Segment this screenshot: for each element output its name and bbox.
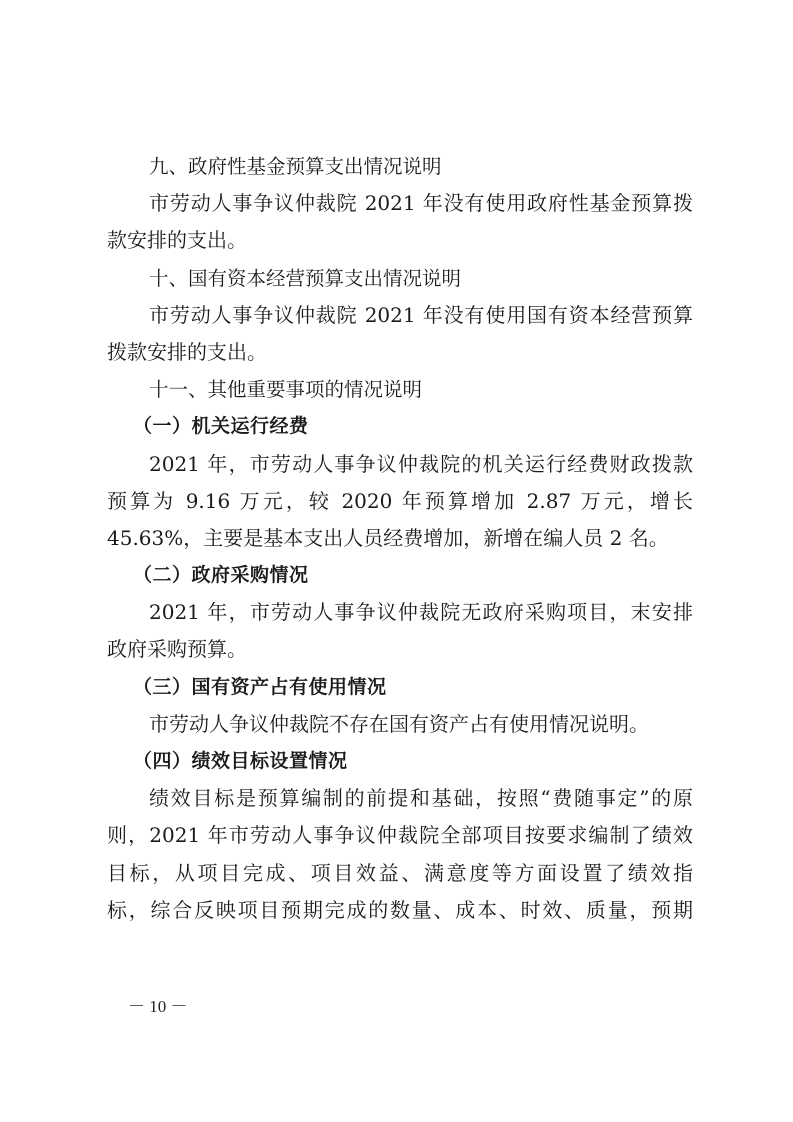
section-heading-10: 十、国有资本经营预算支出情况说明 bbox=[107, 260, 693, 297]
subsection-heading-1: （一）机关运行经费 bbox=[107, 408, 693, 445]
paragraph-line: 目标，从项目完成、项目效益、满意度等方面设置了绩效指 bbox=[107, 855, 693, 892]
paragraph-line: 市劳动人事争议仲裁院 2021 年没有使用国有资本经营预算 bbox=[107, 297, 693, 334]
document-page: 九、政府性基金预算支出情况说明 市劳动人事争议仲裁院 2021 年没有使用政府性… bbox=[107, 148, 693, 929]
subsection-heading-2: （二）政府采购情况 bbox=[107, 557, 693, 594]
page-number: － 10 － bbox=[128, 992, 188, 1017]
paragraph-line: 预算为 9.16 万元，较 2020 年预算增加 2.87 万元，增长 bbox=[107, 483, 693, 520]
paragraph-line: 标，综合反映项目预期完成的数量、成本、时效、质量，预期 bbox=[107, 892, 693, 929]
section-heading-9: 九、政府性基金预算支出情况说明 bbox=[107, 148, 693, 185]
paragraph-line: 市劳动人争议仲裁院不存在国有资产占有使用情况说明。 bbox=[107, 706, 693, 743]
section-heading-11: 十一、其他重要事项的情况说明 bbox=[107, 371, 693, 408]
paragraph-line: 绩效目标是预算编制的前提和基础，按照“费随事定”的原 bbox=[107, 780, 693, 817]
paragraph-line: 45.63%，主要是基本支出人员经费增加，新增在编人员 2 名。 bbox=[107, 520, 693, 557]
paragraph-line: 政府采购预算。 bbox=[107, 631, 693, 668]
subsection-heading-3: （三）国有资产占有使用情况 bbox=[107, 669, 693, 706]
paragraph-line: 2021 年，市劳动人事争议仲裁院的机关运行经费财政拨款 bbox=[107, 446, 693, 483]
paragraph-line: 市劳动人事争议仲裁院 2021 年没有使用政府性基金预算拨 bbox=[107, 185, 693, 222]
paragraph-line: 则，2021 年市劳动人事争议仲裁院全部项目按要求编制了绩效 bbox=[107, 817, 693, 854]
paragraph-line: 2021 年，市劳动人事争议仲裁院无政府采购项目，末安排 bbox=[107, 594, 693, 631]
paragraph-line: 款安排的支出。 bbox=[107, 222, 693, 259]
subsection-heading-4: （四）绩效目标设置情况 bbox=[107, 743, 693, 780]
paragraph-line: 拨款安排的支出。 bbox=[107, 334, 693, 371]
